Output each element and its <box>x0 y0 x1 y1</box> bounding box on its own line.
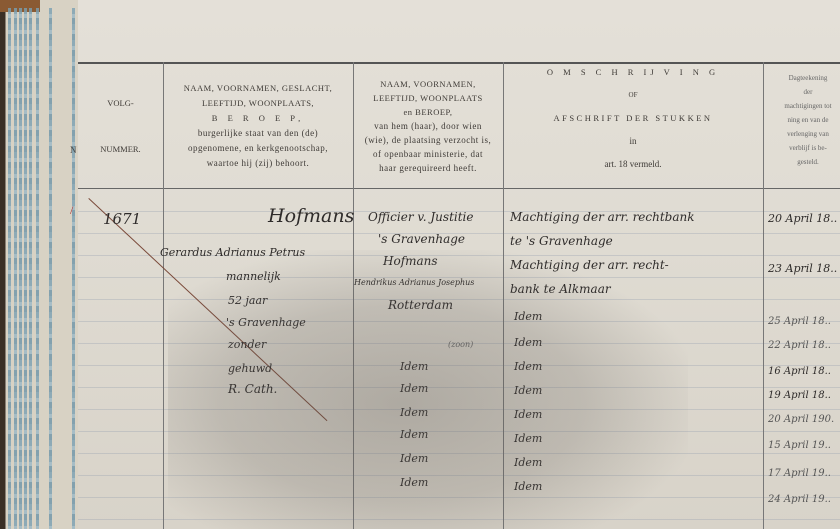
document-line: Idem <box>514 456 542 469</box>
header-line: en BEROEP, <box>353 105 503 119</box>
document-line: Idem <box>514 384 542 397</box>
date-line: 16 April 18.. <box>768 366 831 377</box>
page-edge <box>72 8 75 529</box>
header-line: Dagteekening <box>768 71 840 85</box>
red-tick-mark: / <box>70 203 73 218</box>
header-line: ning en van de <box>768 113 840 127</box>
header-line: burgerlijke staat van den (de) <box>163 126 353 141</box>
date-line: 24 April 19.. <box>768 494 831 505</box>
requester-line: Idem <box>400 452 428 465</box>
date-line: 20 April 18.. <box>768 212 837 225</box>
document-line: Machtiging der arr. rechtbank <box>510 210 695 224</box>
entry-religion: R. Cath. <box>228 382 277 396</box>
header-line: van hem (haar), door wien <box>353 119 503 133</box>
header-line: NAAM, VOORNAMEN, GESLACHT, <box>163 81 353 96</box>
requester-line: Idem <box>400 406 428 419</box>
page-edge <box>8 8 11 529</box>
document-line: Idem <box>514 480 542 493</box>
requester-line: Idem <box>400 476 428 489</box>
entry-sex: mannelijk <box>226 270 281 283</box>
entry-civil-status: gehuwd <box>228 362 272 375</box>
page-edge <box>14 8 17 529</box>
header-bottom-rule <box>78 188 840 189</box>
header-line: verlenging van <box>768 127 840 141</box>
document-line: Idem <box>514 310 542 323</box>
page-edge <box>49 8 52 529</box>
header-line: gesteld. <box>768 155 840 169</box>
entry-residence: 's Gravenhage <box>226 316 306 329</box>
header-line: (wie), de plaatsing verzocht is, <box>353 133 503 147</box>
entry-age: 52 jaar <box>228 294 267 307</box>
header-line: opgenomene, en kerkgenootschap, <box>163 141 353 156</box>
date-line: 17 April 19.. <box>768 468 831 479</box>
requester-line: Officier v. Justitie <box>368 210 474 224</box>
entry-occupation: zonder <box>228 338 266 351</box>
page-edge <box>29 8 32 529</box>
header-line: waartoe hij (zij) behoort. <box>163 156 353 171</box>
date-line: 25 April 18.. <box>768 316 831 327</box>
document-line: Idem <box>514 432 542 445</box>
requester-line: Hofmans <box>383 254 438 268</box>
date-line: 23 April 18.. <box>768 262 837 275</box>
document-line: Machtiging der arr. recht- <box>510 258 669 272</box>
header-line: machtigingen tot <box>768 99 840 113</box>
header-line: NUMMER. <box>78 126 163 172</box>
column-divider <box>763 62 764 529</box>
header-line: art. 18 vermeld. <box>503 153 763 176</box>
date-line: 19 April 18.. <box>768 390 831 401</box>
header-line: of openbaar ministerie, dat <box>353 147 503 161</box>
page-edge <box>19 8 22 529</box>
header-opgenomene: NAAM, VOORNAMEN, GESLACHT, LEEFTIJD, WOO… <box>163 66 353 186</box>
header-volgnummer: VOLG- NUMMER. <box>78 66 163 186</box>
document-line: Idem <box>514 360 542 373</box>
header-line: AFSCHRIFT DER STUKKEN <box>503 107 763 130</box>
margin-mark: N <box>70 145 77 155</box>
requester-line: (zoon) <box>448 340 473 349</box>
document-line: Idem <box>514 408 542 421</box>
header-line: verblijf is be- <box>768 141 840 155</box>
requester-line: Idem <box>400 382 428 395</box>
date-line: 20 April 190. <box>768 414 834 425</box>
page-edge <box>36 8 39 529</box>
document-line: Idem <box>514 336 542 349</box>
header-stukken: O M S C H R IJ V I N G OF AFSCHRIFT DER … <box>503 58 763 178</box>
entry-surname: Hofmans <box>268 205 354 227</box>
page-edge <box>24 8 27 529</box>
entry-number: 1671 <box>103 210 141 228</box>
date-line: 22 April 18.. <box>768 340 831 351</box>
date-line: 15 April 19.. <box>768 440 831 451</box>
header-line: LEEFTIJD, WOONPLAATS, <box>163 96 353 111</box>
entry-given-names: Gerardus Adrianus Petrus <box>160 246 305 259</box>
book-page-edges: N / <box>0 0 78 529</box>
header-line: OF <box>503 84 763 107</box>
requester-line: 's Gravenhage <box>378 232 465 246</box>
document-line: bank te Alkmaar <box>510 282 611 296</box>
requester-line: Idem <box>400 360 428 373</box>
header-line: NAAM, VOORNAMEN, <box>353 77 503 91</box>
requester-line: Hendrikus Adrianus Josephus <box>354 278 474 287</box>
document-line: te 's Gravenhage <box>510 234 613 248</box>
header-line: LEEFTIJD, WOONPLAATS <box>353 91 503 105</box>
header-dagtekening: Dagteekening der machtigingen tot ning e… <box>768 60 840 180</box>
requester-line: Idem <box>400 428 428 441</box>
requester-line: Rotterdam <box>388 298 453 312</box>
header-line: O M S C H R IJ V I N G <box>503 61 763 84</box>
header-line: in <box>503 130 763 153</box>
header-line: der <box>768 85 840 99</box>
header-line: haar gerequireerd heeft. <box>353 161 503 175</box>
header-line: B E R O E P, <box>163 111 353 126</box>
header-line: VOLG- <box>78 80 163 126</box>
header-verzoeker: NAAM, VOORNAMEN, LEEFTIJD, WOONPLAATS en… <box>353 66 503 186</box>
register-page: VOLG- NUMMER. NAAM, VOORNAMEN, GESLACHT,… <box>78 0 840 529</box>
